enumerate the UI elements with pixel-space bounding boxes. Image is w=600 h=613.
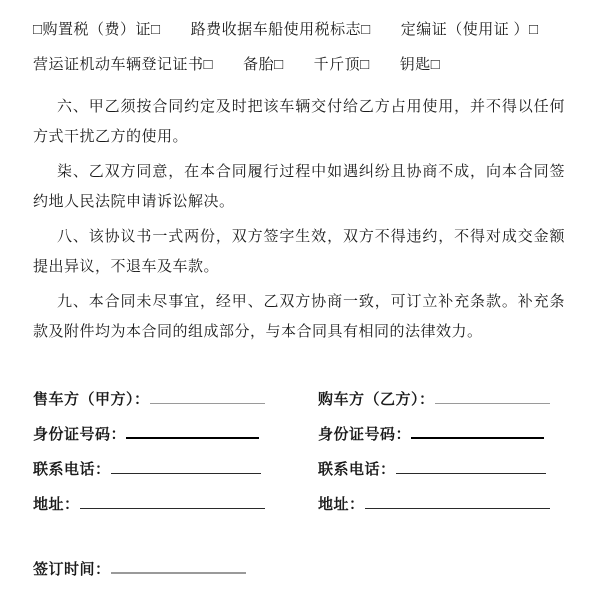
- buyer-address-blank[interactable]: [365, 494, 550, 509]
- clause-8: 八、该协议书一式两份，双方签字生效，双方不得违约，不得对成交金额提出异议，不退车…: [33, 222, 565, 282]
- seller-phone-label: 联系电话：: [33, 462, 111, 478]
- seller-phone-row: 联系电话：: [33, 458, 318, 479]
- buyer-id-blank[interactable]: [411, 423, 544, 439]
- clause-9: 九、本合同未尽事宜，经甲、乙双方协商一致，可订立补充条款。补充条款及附件均为本合…: [33, 287, 565, 347]
- buyer-id-label: 身份证号码：: [318, 427, 411, 443]
- sign-time-blank[interactable]: [111, 558, 246, 574]
- seller-party-blank[interactable]: [150, 389, 265, 404]
- clause-6: 六、甲乙须按合同约定及时把该车辆交付给乙方占用使用，并不得以任何方式干扰乙方的使…: [33, 92, 565, 152]
- sign-time-row: 签订时间：: [33, 558, 565, 579]
- contract-document: □购置税（费）证□ 路费收据车船使用税标志□ 定编证（使用证 ）□ 营运证机动车…: [0, 0, 600, 579]
- checkbox-item-purchase-tax[interactable]: □购置税（费）证□: [33, 22, 161, 39]
- seller-phone-blank[interactable]: [111, 459, 261, 474]
- seller-party-row: 售车方（甲方）：: [33, 388, 318, 409]
- checkbox-item-spare-tire[interactable]: 备胎□: [243, 57, 284, 74]
- clauses-section: 六、甲乙须按合同约定及时把该车辆交付给乙方占用使用，并不得以任何方式干扰乙方的使…: [33, 92, 565, 347]
- buyer-party-blank[interactable]: [435, 389, 550, 404]
- buyer-phone-row: 联系电话：: [318, 458, 565, 479]
- buyer-address-label: 地址：: [318, 497, 365, 513]
- seller-id-label: 身份证号码：: [33, 427, 126, 443]
- clause-7: 柒、乙双方同意，在本合同履行过程中如遇纠纷且协商不成，向本合同签约地人民法院申请…: [33, 157, 565, 217]
- checkbox-item-quota-permit[interactable]: 定编证（使用证 ）□: [401, 22, 539, 39]
- buyer-party-label: 购车方（乙方）：: [318, 392, 435, 408]
- buyer-phone-blank[interactable]: [396, 459, 546, 474]
- buyer-party-row: 购车方（乙方）：: [318, 388, 565, 409]
- sign-time-label: 签订时间：: [33, 562, 111, 578]
- seller-id-blank[interactable]: [126, 423, 259, 439]
- seller-address-label: 地址：: [33, 497, 80, 513]
- checklist-row-2: 营运证机动车辆登记证书□ 备胎□ 千斤顶□ 钥匙□: [33, 57, 565, 74]
- checklist-row-1: □购置税（费）证□ 路费收据车船使用税标志□ 定编证（使用证 ）□: [33, 22, 565, 39]
- signature-section: 售车方（甲方）： 购车方（乙方）： 身份证号码： 身份证号码： 联系电话： 联系…: [33, 388, 565, 528]
- checkbox-item-keys[interactable]: 钥匙□: [400, 57, 441, 74]
- checkbox-item-road-fee-tax-mark[interactable]: 路费收据车船使用税标志□: [191, 22, 371, 39]
- checkbox-item-jack[interactable]: 千斤顶□: [314, 57, 370, 74]
- buyer-id-row: 身份证号码：: [318, 423, 565, 444]
- buyer-address-row: 地址：: [318, 493, 565, 514]
- checkbox-item-operation-registration-cert[interactable]: 营运证机动车辆登记证书□: [33, 57, 213, 74]
- seller-id-row: 身份证号码：: [33, 423, 318, 444]
- seller-address-row: 地址：: [33, 493, 318, 514]
- buyer-phone-label: 联系电话：: [318, 462, 396, 478]
- seller-party-label: 售车方（甲方）：: [33, 392, 150, 408]
- seller-address-blank[interactable]: [80, 494, 265, 509]
